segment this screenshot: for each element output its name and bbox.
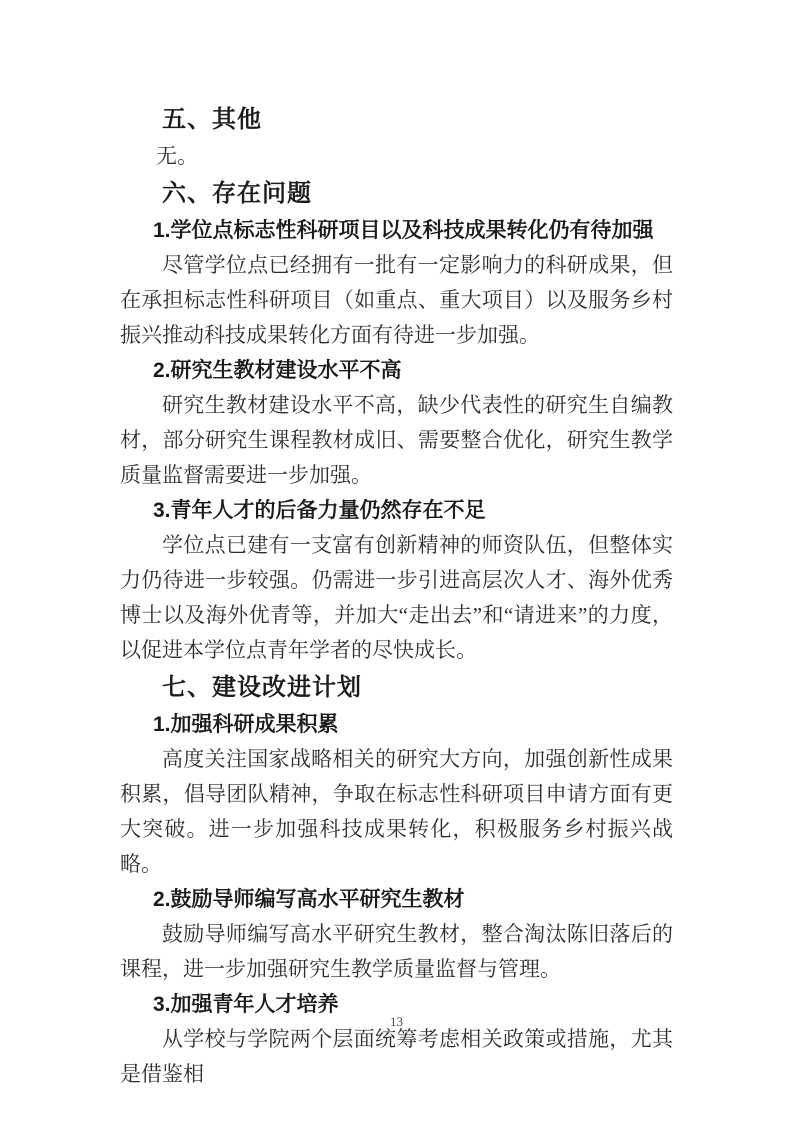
subsection-heading-7-2: 2.鼓励导师编写高水平研究生教材 [120, 882, 673, 917]
body-paragraph-6-3: 学位点已建有一支富有创新精神的师资队伍，但整体实力仍待进一步较强。仍需进一步引进… [120, 528, 673, 668]
subsection-heading-7-1: 1.加强科研成果积累 [120, 707, 673, 742]
body-paragraph-7-2: 鼓励导师编写高水平研究生教材，整合淘汰陈旧落后的课程，进一步加强研究生教学质量监… [120, 917, 673, 987]
body-paragraph-6-1: 尽管学位点已经拥有一批有一定影响力的科研成果，但在承担标志性科研项目（如重点、重… [120, 248, 673, 353]
section-heading-6-problems: 六、存在问题 [120, 176, 673, 211]
paragraph-none: 无。 [120, 139, 673, 174]
document-content: 五、其他 无。 六、存在问题 1.学位点标志性科研项目以及科技成果转化仍有待加强… [120, 100, 673, 1092]
subsection-heading-6-1: 1.学位点标志性科研项目以及科技成果转化仍有待加强 [120, 213, 673, 248]
section-heading-7-improvement-plan: 七、建设改进计划 [120, 670, 673, 705]
section-heading-5-other: 五、其他 [120, 102, 673, 137]
subsection-heading-6-3: 3.青年人才的后备力量仍然存在不足 [120, 493, 673, 528]
body-paragraph-7-3: 从学校与学院两个层面统筹考虑相关政策或措施，尤其是借鉴相 [120, 1022, 673, 1092]
document-page: 五、其他 无。 六、存在问题 1.学位点标志性科研项目以及科技成果转化仍有待加强… [0, 0, 793, 1122]
page-number: 13 [120, 1014, 673, 1030]
body-paragraph-7-1: 高度关注国家战略相关的研究大方向，加强创新性成果积累，倡导团队精神，争取在标志性… [120, 742, 673, 882]
subsection-heading-6-2: 2.研究生教材建设水平不高 [120, 353, 673, 388]
body-paragraph-6-2: 研究生教材建设水平不高，缺少代表性的研究生自编教材，部分研究生课程教材成旧、需要… [120, 388, 673, 493]
